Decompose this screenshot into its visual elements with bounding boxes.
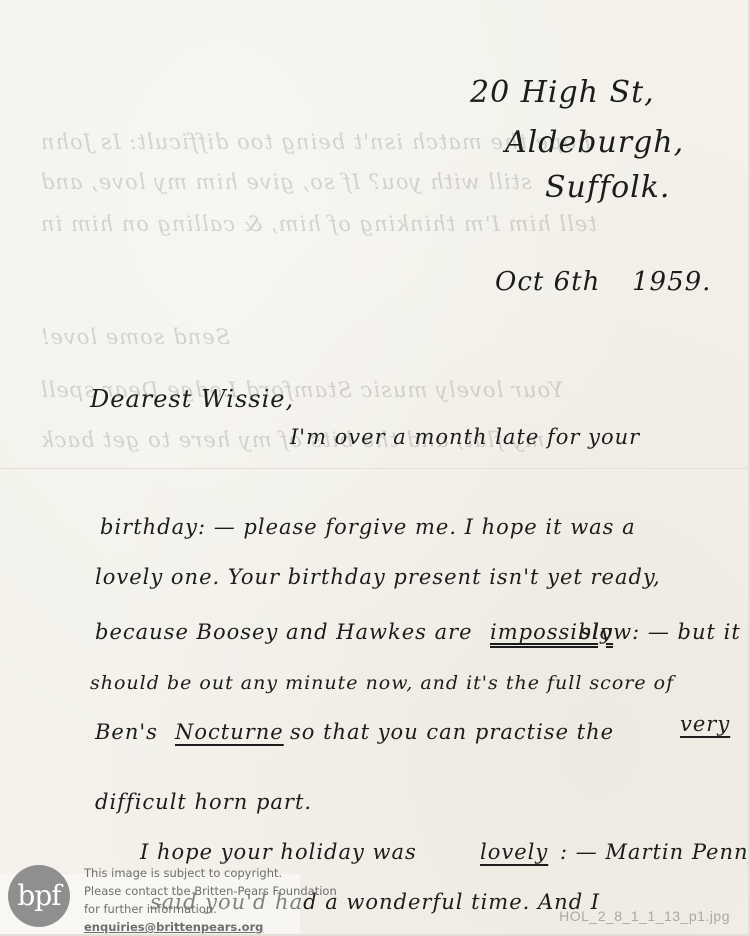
copyright-line-1: This image is subject to copyright. — [84, 864, 337, 882]
bleed-through-line: tell him I'm thinking of him, & calling … — [40, 212, 597, 236]
image-filename: HOL_2_8_1_1_13_p1.jpg — [559, 908, 730, 924]
address-line-3: Suffolk. — [545, 170, 670, 205]
body-line: should be out any minute now, and it's t… — [90, 672, 674, 694]
body-line: I hope your holiday was — [140, 840, 417, 864]
body-line: : — Martin Penny — [560, 840, 750, 864]
date-year: 1959. — [632, 267, 711, 297]
body-line: because Boosey and Hawkes are — [95, 620, 473, 644]
salutation: Dearest Wissie, — [90, 385, 294, 413]
body-line: I'm over a month late for your — [290, 425, 640, 449]
address-line-1: 20 High St, — [470, 75, 655, 110]
bleed-through-line: still with you? If so, give him my love,… — [40, 170, 532, 194]
body-line: so that you can practise the — [290, 720, 614, 744]
copyright-line-3: for further information. — [84, 900, 337, 918]
body-line: difficult horn part. — [95, 790, 312, 814]
enquiries-email-link[interactable]: enquiries@brittenpears.org — [84, 918, 337, 936]
body-line: Ben's — [95, 720, 158, 744]
paper-fold-line — [0, 468, 750, 470]
bpf-logo: bpf — [8, 865, 70, 927]
bleed-through-line: Send some love! — [40, 325, 230, 349]
body-title-nocturne: Nocturne — [175, 720, 284, 744]
body-line: slow: — but it — [580, 620, 741, 644]
address-line-2: Aldeburgh, — [505, 125, 684, 160]
body-emphasis-very: very — [680, 712, 730, 736]
body-line: birthday: — please forgive me. I hope it… — [100, 515, 636, 539]
copyright-line-2: Please contact the Britten-Pears Foundat… — [84, 882, 337, 900]
date-day: Oct 6th — [495, 267, 600, 297]
body-line: lovely one. Your birthday present isn't … — [95, 565, 661, 589]
letter-page: hope the match isn't being too difficult… — [0, 0, 750, 936]
body-emphasis-lovely: lovely — [480, 840, 548, 864]
copyright-notice: This image is subject to copyright. Plea… — [84, 864, 337, 936]
